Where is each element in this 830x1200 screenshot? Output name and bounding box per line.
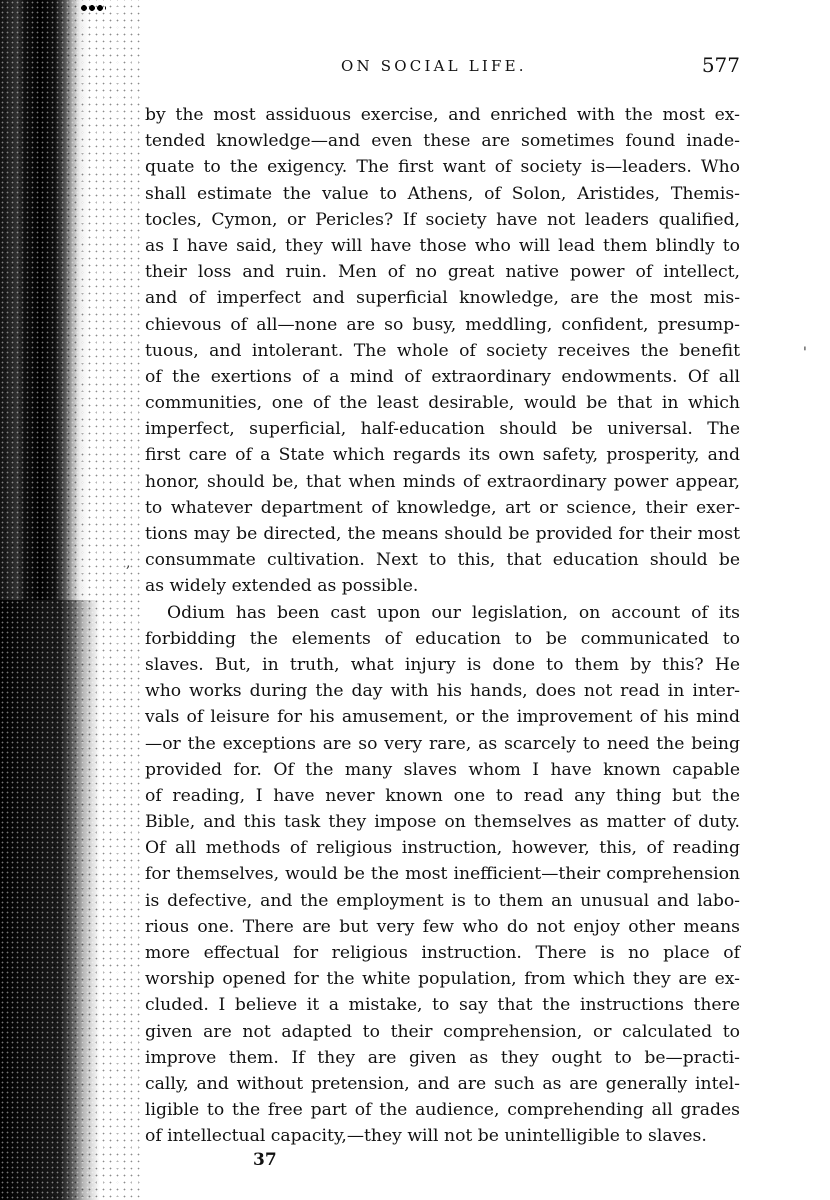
text-line: worship opened for the white population,… <box>145 966 740 992</box>
text-line: of reading, I have never known one to re… <box>145 783 740 809</box>
text-line: as I have said, they will have those who… <box>145 233 740 259</box>
text-line: to whatever department of knowledge, art… <box>145 495 740 521</box>
text-line: provided for. Of the many slaves whom I … <box>145 757 740 783</box>
text-line: slaves. But, in truth, what injury is do… <box>145 652 740 678</box>
text-line: their loss and ruin. Men of no great nat… <box>145 259 740 285</box>
paragraph: Odium has been cast upon our legislation… <box>145 600 740 1150</box>
text-line: cluded. I believe it a mistake, to say t… <box>145 992 740 1018</box>
text-line: improve them. If they are given as they … <box>145 1045 740 1071</box>
text-line: cally, and without pretension, and are s… <box>145 1071 740 1097</box>
ink-speck <box>80 4 106 12</box>
text-line: chievous of all—none are so busy, meddli… <box>145 312 740 338</box>
text-line: Of all methods of religious instruction,… <box>145 835 740 861</box>
text-line: quate to the exigency. The first want of… <box>145 154 740 180</box>
text-line: forbidding the elements of education to … <box>145 626 740 652</box>
text-line: who works during the day with his hands,… <box>145 678 740 704</box>
text-line: communities, one of the least desirable,… <box>145 390 740 416</box>
text-line: tocles, Cymon, or Pericles? If society h… <box>145 207 740 233</box>
text-line: ligible to the free part of the audience… <box>145 1097 740 1123</box>
body-text: by the most assiduous exercise, and enri… <box>145 102 740 1150</box>
text-line: consummate cultivation. Next to this, th… <box>145 547 740 573</box>
text-line: of the exertions of a mind of extraordin… <box>145 364 740 390</box>
margin-mark: , <box>126 555 130 571</box>
running-head: ON SOCIAL LIFE. <box>341 57 527 75</box>
text-line: as widely extended as possible. <box>145 573 740 599</box>
text-line: Bible, and this task they impose on them… <box>145 809 740 835</box>
text-line: given are not adapted to their comprehen… <box>145 1019 740 1045</box>
text-line: honor, should be, that when minds of ext… <box>145 469 740 495</box>
text-line: vals of leisure for his amusement, or th… <box>145 704 740 730</box>
page-number: 577 <box>702 53 740 77</box>
text-line: first care of a State which regards its … <box>145 442 740 468</box>
paragraph: by the most assiduous exercise, and enri… <box>145 102 740 600</box>
text-line: of intellectual capacity,—they will not … <box>145 1123 740 1149</box>
text-line: more effectual for religious instruction… <box>145 940 740 966</box>
text-line: tuous, and intolerant. The whole of soci… <box>145 338 740 364</box>
text-line: for themselves, would be the most ineffi… <box>145 861 740 887</box>
text-line: shall estimate the value to Athens, of S… <box>145 181 740 207</box>
text-line: Odium has been cast upon our legislation… <box>145 600 740 626</box>
signature-mark: 37 <box>253 1150 277 1170</box>
text-line: tions may be directed, the means should … <box>145 521 740 547</box>
text-line: and of imperfect and superficial knowled… <box>145 285 740 311</box>
text-line: tended knowledge—and even these are some… <box>145 128 740 154</box>
text-line: imperfect, superficial, half-education s… <box>145 416 740 442</box>
binding-shadow <box>0 0 140 1200</box>
margin-mark: ' <box>803 345 807 361</box>
text-line: rious one. There are but very few who do… <box>145 914 740 940</box>
text-line: by the most assiduous exercise, and enri… <box>145 102 740 128</box>
text-line: is defective, and the employment is to t… <box>145 888 740 914</box>
page-header: ON SOCIAL LIFE. 577 <box>145 57 740 81</box>
text-line: —or the exceptions are so very rare, as … <box>145 731 740 757</box>
